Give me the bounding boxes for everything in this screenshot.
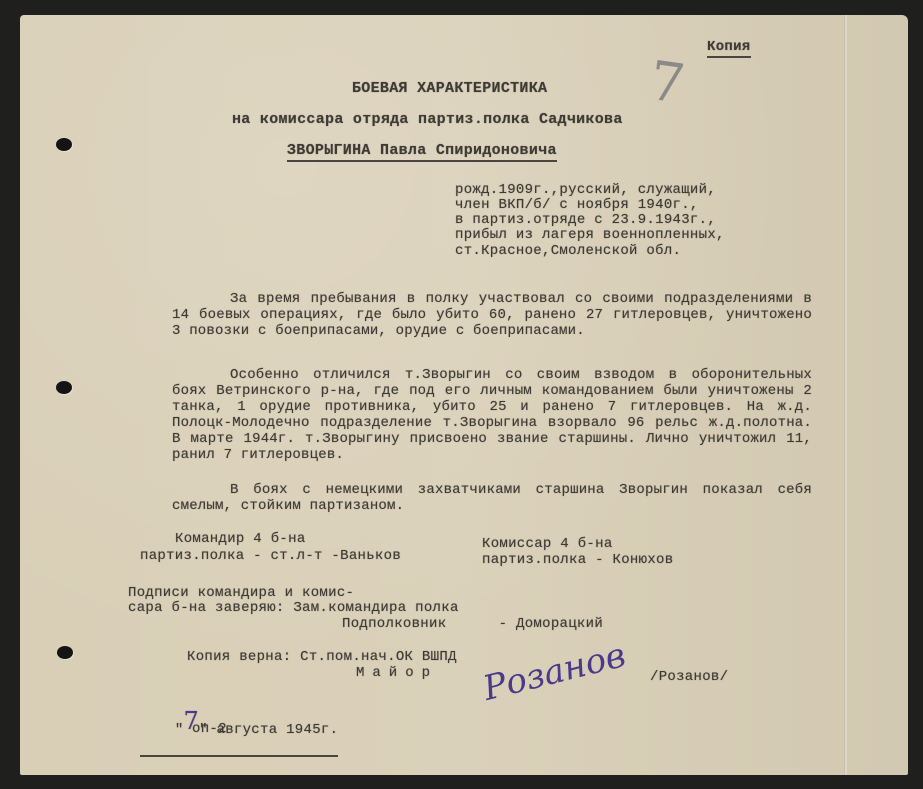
handwritten-signature: Розанов [479, 635, 629, 709]
bio-line: ст.Красное,Смоленской обл. [455, 243, 681, 259]
reference-code: оп-2 [192, 721, 227, 737]
commissar-name: партиз.полка - Конюхов [482, 552, 673, 568]
bio-line: член ВКП/б/ с ноября 1940г., [455, 197, 699, 213]
paper-fold [845, 15, 847, 775]
date-month-year: августа 1945г. [217, 722, 339, 738]
commander-title: Командир 4 б-на [175, 531, 306, 547]
document-title: БОЕВАЯ ХАРАКТЕРИСТИКА [352, 81, 547, 97]
document-page: Копия 7 БОЕВАЯ ХАРАКТЕРИСТИКА на комисса… [20, 15, 908, 775]
document-date: "7" августа 1945г. [140, 701, 338, 757]
date-quote-open: " [175, 722, 184, 738]
certify-line: Подписи командира и комис- [128, 585, 354, 601]
document-subtitle: на комиссара отряда партиз.полка Садчико… [232, 112, 623, 128]
paragraph-service: За время пребывания в полку участвовал с… [172, 291, 812, 339]
paragraph-distinction: Особенно отличился т.Зворыгин со своим в… [172, 367, 812, 463]
subject-name: ЗВОРЫГИНА Павла Спиридоновича [287, 143, 557, 162]
bio-line: рожд.1909г.,русский, служащий, [455, 182, 716, 198]
commissar-title: Комиссар 4 б-на [482, 536, 613, 552]
copy-true-name: /Розанов/ [650, 669, 728, 685]
copy-true-rank: Майор [356, 665, 438, 681]
copy-label: Копия [707, 39, 751, 58]
punch-hole [57, 646, 73, 659]
punch-hole [56, 138, 72, 151]
bio-line: прибыл из лагеря военнопленных, [455, 227, 725, 243]
commander-name: партиз.полка - ст.л-т -Ваньков [140, 548, 401, 564]
certify-line: Подполковник - Доморацкий [342, 616, 603, 632]
paragraph-conclusion: В боях с немецкими захватчиками старшина… [172, 482, 812, 514]
punch-hole [56, 381, 72, 394]
copy-true-line: Копия верна: Ст.пом.нач.ОК ВШПД [187, 649, 457, 665]
certify-line: сара б-на заверяю: Зам.командира полка [128, 600, 459, 616]
handwritten-page-number: 7 [646, 49, 689, 116]
bio-line: в партиз.отряде с 23.9.1943г., [455, 212, 716, 228]
